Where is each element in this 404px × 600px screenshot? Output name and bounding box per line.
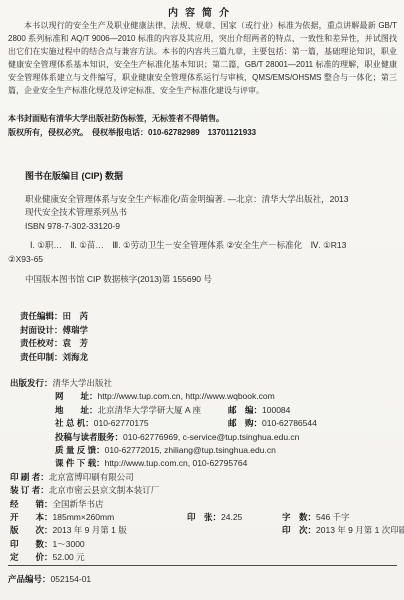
word-count-label: 字 数： — [282, 512, 316, 522]
cip-title-line: 职业健康安全管理体系与安全生产标准化/苗金明编著. —北京：清华大学出版社，20… — [25, 193, 397, 207]
credit-cover-design-name: 傅瑞学 — [63, 325, 89, 335]
cip-isbn: ISBN 978-7-302-33120-9 — [25, 220, 397, 234]
format-row: 开 本：185mm×260mm印 张：24.25字 数：546 千字 — [10, 511, 398, 524]
courseware-row: 课 件 下 载：http://www.tup.com.cn, 010-62795… — [10, 457, 398, 470]
switchboard-value: 010-62770175 — [94, 418, 149, 428]
mail-order-value: 010-62786544 — [262, 418, 317, 428]
website-row: 网 址：http://www.tup.com.cn, http://www.wq… — [10, 390, 398, 403]
binder-row: 装 订 者：北京市密云县京文制本装订厂 — [10, 484, 398, 497]
publishing-block: 出版发行：清华大学出版社 网 址：http://www.tup.com.cn, … — [10, 377, 398, 565]
format-value: 185mm×260mm — [53, 512, 115, 522]
switchboard-label: 社 总 机： — [55, 418, 94, 428]
website-value: http://www.tup.com.cn, http://www.wqbook… — [98, 391, 275, 401]
credit-proofreader-label: 责任校对： — [20, 338, 63, 348]
printer-row: 印 刷 者：北京富博印刷有限公司 — [10, 471, 398, 484]
publisher-label: 出版发行： — [10, 378, 53, 388]
intro-paragraph: 本书以现行的安全生产及职业健康法律、法规、规章、国家（或行业）标准为依据，重点讲… — [8, 19, 397, 97]
word-count-cell: 字 数：546 千字 — [282, 511, 350, 524]
credit-proofreader-name: 袁 芳 — [63, 338, 89, 348]
credit-cover-design: 封面设计：傅瑞学 — [20, 324, 88, 338]
divider-rule — [8, 565, 397, 566]
distributor-label: 经 销： — [10, 499, 53, 509]
print-run-row: 印 数：1～3000 — [10, 538, 398, 551]
product-number-label: 产品编号： — [8, 574, 51, 584]
product-number-value: 052154-01 — [51, 574, 92, 584]
switchboard-row: 社 总 机：010-62770175邮 购：010-62786544 — [10, 417, 398, 430]
courseware-label: 课 件 下 载： — [55, 458, 105, 468]
credit-editor-label: 责任编辑： — [20, 311, 63, 321]
print-run-label: 印 数： — [10, 539, 53, 549]
notice-block: 本书封面贴有清华大学出版社防伪标签，无标签者不得销售。 版权所有，侵权必究。 侵… — [8, 112, 397, 140]
credit-proofreader: 责任校对：袁 芳 — [20, 337, 88, 351]
intro-title: 内容简介 — [0, 4, 404, 19]
cip-block: 图书在版编目 (CIP) 数据 职业健康安全管理体系与安全生产标准化/苗金明编著… — [25, 170, 397, 287]
credit-print-supervisor-label: 责任印制： — [20, 352, 63, 362]
price-label: 定 价： — [10, 552, 53, 562]
cip-series-line: 现代安全技术管理系列丛书 — [25, 206, 397, 220]
reader-service-row: 投稿与读者服务：010-62776969, c-service@tup.tsin… — [10, 431, 398, 444]
anti-counterfeit-notice: 本书封面贴有清华大学出版社防伪标签，无标签者不得销售。 — [8, 112, 397, 126]
sheets-cell: 印 张：24.25 — [187, 511, 242, 524]
website-label: 网 址： — [55, 391, 98, 401]
quality-feedback-row: 质 量 反 馈：010-62772015, zhiliang@tup.tsing… — [10, 444, 398, 457]
impression-cell: 印 次：2013 年 9 月第 1 次印刷 — [282, 524, 404, 537]
mail-order-label: 邮 购： — [228, 418, 262, 428]
credit-cover-design-label: 封面设计： — [20, 325, 63, 335]
reader-service-value: 010-62776969, c-service@tup.tsinghua.edu… — [123, 432, 299, 442]
product-number-line: 产品编号：052154-01 — [8, 573, 91, 585]
book-copyright-page: 内容简介 本书以现行的安全生产及职业健康法律、法规、规章、国家（或行业）标准为依… — [0, 0, 404, 600]
cip-header: 图书在版编目 (CIP) 数据 — [25, 170, 397, 184]
credit-editor: 责任编辑：田 芮 — [20, 310, 88, 324]
edition-value: 2013 年 9 月第 1 版 — [53, 525, 127, 535]
impression-label: 印 次： — [282, 525, 316, 535]
quality-feedback-label: 质 量 反 馈： — [55, 445, 105, 455]
postcode-cell: 邮 编：100084 — [228, 404, 290, 417]
postcode-value: 100084 — [262, 405, 290, 415]
publisher-value: 清华大学出版社 — [53, 378, 113, 388]
address-label: 地 址： — [55, 405, 98, 415]
credit-editor-name: 田 芮 — [63, 311, 89, 321]
courseware-value: http://www.tup.com.cn, 010-62795764 — [105, 458, 248, 468]
printer-label: 印 刷 者： — [10, 472, 49, 482]
format-label: 开 本： — [10, 512, 53, 522]
cip-classification-line2: ②X93-65 — [8, 253, 397, 267]
price-value: 52.00 元 — [53, 552, 85, 562]
edition-row: 版 次：2013 年 9 月第 1 版印 次：2013 年 9 月第 1 次印刷 — [10, 524, 398, 537]
credit-print-supervisor-name: 刘海龙 — [63, 352, 89, 362]
mail-order-cell: 邮 购：010-62786544 — [228, 417, 317, 430]
impression-value: 2013 年 9 月第 1 次印刷 — [316, 525, 404, 535]
sheets-value: 24.25 — [221, 512, 242, 522]
quality-feedback-value: 010-62772015, zhiliang@tup.tsinghua.edu.… — [105, 445, 276, 455]
cip-classification-line1: Ⅰ. ①职… Ⅱ. ①苗… Ⅲ. ①劳动卫生－安全管理体系 ②安全生产－标准化 … — [25, 239, 397, 253]
binder-label: 装 订 者： — [10, 485, 49, 495]
edition-label: 版 次： — [10, 525, 53, 535]
price-row: 定 价：52.00 元 — [10, 551, 398, 564]
address-value: 北京清华大学学研大厦 A 座 — [98, 405, 201, 415]
cip-classification: Ⅰ. ①职… Ⅱ. ①苗… Ⅲ. ①劳动卫生－安全管理体系 ②安全生产－标准化 … — [25, 239, 397, 266]
postcode-label: 邮 编： — [228, 405, 262, 415]
credits-block: 责任编辑：田 芮 封面设计：傅瑞学 责任校对：袁 芳 责任印制：刘海龙 — [20, 310, 88, 364]
credit-print-supervisor: 责任印制：刘海龙 — [20, 351, 88, 365]
print-run-value: 1～3000 — [53, 539, 85, 549]
publisher-row: 出版发行：清华大学出版社 — [10, 377, 398, 390]
sheets-label: 印 张： — [187, 512, 221, 522]
reader-service-label: 投稿与读者服务： — [55, 432, 123, 442]
distributor-row: 经 销：全国新华书店 — [10, 498, 398, 511]
distributor-value: 全国新华书店 — [53, 499, 104, 509]
printer-value: 北京富博印刷有限公司 — [49, 472, 134, 482]
copyright-notice: 版权所有，侵权必究。 侵权举报电话：010-62782989 137011219… — [8, 126, 397, 140]
word-count-value: 546 千字 — [316, 512, 350, 522]
binder-value: 北京市密云县京文制本装订厂 — [49, 485, 160, 495]
address-row: 地 址：北京清华大学学研大厦 A 座邮 编：100084 — [10, 404, 398, 417]
cip-record-number: 中国版本图书馆 CIP 数据核字(2013)第 155690 号 — [25, 273, 397, 287]
